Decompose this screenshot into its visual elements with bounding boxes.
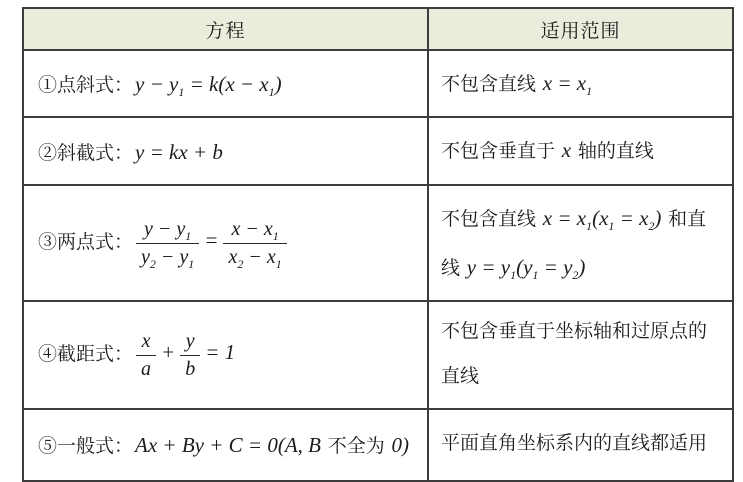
math-expression: y − y1 = k(x − x1) [133, 72, 284, 96]
scope-cell-slope-intercept: 不包含垂直于 x 轴的直线 [428, 117, 733, 184]
chinese-text: 平面直角坐标系内的直线都适用 [441, 433, 707, 451]
chinese-text: 不全为 [323, 436, 390, 451]
equation-cell-intercept: ④截距式：xa+yb= 1 [23, 301, 428, 408]
chinese-text: ①点斜式： [38, 75, 133, 96]
scope-cell-general: 平面直角坐标系内的直线都适用 [428, 409, 733, 451]
line-equation-table-wrap: 方程 适用范围 ①点斜式：y − y1 = k(x − x1)不包含直线 x =… [22, 7, 732, 451]
scope-cell-intercept: 不包含垂直于坐标轴和过原点的直线 [428, 301, 733, 408]
math-expression: x = x1(x1 = x2) [541, 206, 664, 230]
table-row-point-slope: ①点斜式：y − y1 = k(x − x1)不包含直线 x = x1 [23, 50, 733, 117]
table-row-general: ⑤一般式：Ax + By + C = 0(A, B 不全为 0)平面直角坐标系内… [23, 409, 733, 451]
math-expression: x = x1 [541, 71, 594, 95]
fraction: x − x1x2 − x1 [223, 217, 286, 270]
math-expression: y = y1(y1 = y2) [465, 255, 588, 279]
fraction-denominator: x2 − x1 [223, 244, 286, 270]
equation-cell-two-point: ③两点式：y − y1y2 − y1=x − x1x2 − x1 [23, 185, 428, 302]
fraction-numerator: y − y1 [136, 217, 199, 244]
fraction: y − y1y2 − y1 [136, 217, 199, 270]
table-row-intercept: ④截距式：xa+yb= 1不包含垂直于坐标轴和过原点的直线 [23, 301, 733, 408]
header-row: 方程 适用范围 [23, 8, 733, 50]
table-row-two-point: ③两点式：y − y1y2 − y1=x − x1x2 − x1不包含直线 x … [23, 185, 733, 302]
math-expression: + [159, 340, 177, 364]
fraction: yb [180, 329, 200, 382]
fraction-denominator: b [180, 356, 200, 382]
math-expression: y = kx + b [133, 140, 225, 164]
chinese-text: ②斜截式： [38, 143, 133, 164]
fraction-numerator: x − x1 [223, 217, 286, 244]
fraction-denominator: y2 − y1 [136, 244, 199, 270]
math-expression: x [560, 138, 573, 162]
chinese-text: 不包含垂直于坐标轴和过原点的直线 [441, 321, 707, 387]
chinese-text: 不包含直线 [441, 74, 541, 95]
table-row-slope-intercept: ②斜截式：y = kx + b不包含垂直于 x 轴的直线 [23, 117, 733, 184]
math-expression: = [202, 228, 220, 252]
line-equation-table: 方程 适用范围 ①点斜式：y − y1 = k(x − x1)不包含直线 x =… [22, 7, 734, 451]
fraction-numerator: x [136, 329, 156, 356]
table-body: ①点斜式：y − y1 = k(x − x1)不包含直线 x = x1②斜截式：… [23, 50, 733, 451]
fraction-numerator: y [180, 329, 200, 356]
chinese-text: 轴的直线 [573, 141, 654, 162]
scope-cell-point-slope: 不包含直线 x = x1 [428, 50, 733, 117]
header-scope: 适用范围 [428, 8, 733, 50]
equation-cell-slope-intercept: ②斜截式：y = kx + b [23, 117, 428, 184]
chinese-text: 不包含直线 [441, 209, 541, 230]
scope-cell-two-point: 不包含直线 x = x1(x1 = x2) 和直线 y = y1(y1 = y2… [428, 185, 733, 302]
chinese-text: 不包含垂直于 [441, 141, 560, 162]
chinese-text: ④截距式： [38, 343, 133, 364]
math-expression: = 1 [203, 340, 237, 364]
math-expression: 0) [390, 433, 412, 451]
chinese-text: ③两点式： [38, 231, 133, 252]
equation-cell-point-slope: ①点斜式：y − y1 = k(x − x1) [23, 50, 428, 117]
math-expression: Ax + By + C = 0(A, B [133, 433, 323, 451]
equation-cell-general: ⑤一般式：Ax + By + C = 0(A, B 不全为 0) [23, 409, 428, 451]
header-equation: 方程 [23, 8, 428, 50]
fraction: xa [136, 329, 156, 382]
fraction-denominator: a [136, 356, 156, 382]
chinese-text: ⑤一般式： [38, 436, 133, 451]
